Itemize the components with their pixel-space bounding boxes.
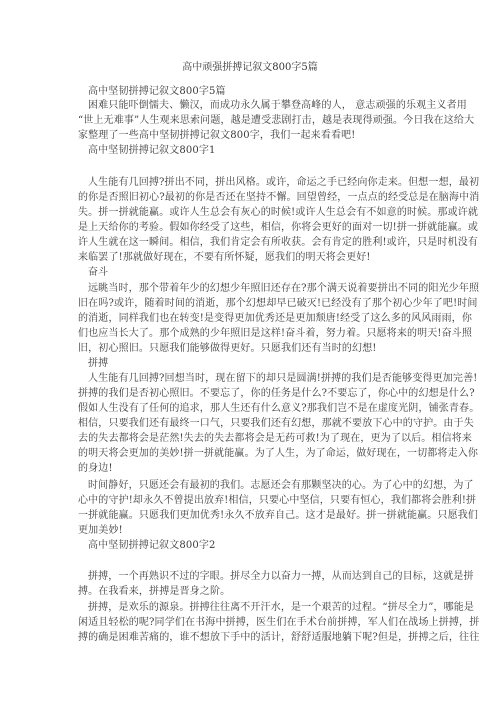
text-line: 心中的守护!却永久不曾提出放弃!相信，只要心中坚信，只要有恒心，我们都将会胜利!… xyxy=(78,494,428,508)
text-line: 搏的确是困难苦痛的，谁不想放下手中的活计，舒舒适服地躺下呢?但是，拼搏之后，往往 xyxy=(78,631,428,645)
text-line: 的你是否照旧初心?最初的你是否还在坚持不懈。回望曾经，一点点的经受总是在脑海中消 xyxy=(78,191,428,205)
text-line: 是上天给你的考验。假如你经受了这些，相信，你将会更好的面对一切!拼一拼就能赢。或 xyxy=(78,221,428,235)
text-line: 们也应当长大了。那个成熟的少年照旧是这样!奋斗着，努力着。只愿将来的明天!奋斗照 xyxy=(78,327,428,341)
text-line: 的明天将会更加的美妙!拼一拼就能赢。为了人生，为了命运，做好现在，一切都将走入你 xyxy=(78,447,428,461)
text-line: 拼搏，是欢乐的源泉。拼搏往往离不开汗水，是一个艰苦的过程。“拼尽全力”，哪能是 xyxy=(88,601,428,615)
text-line: 时间静好，只愿还会有最初的我们。志愿还会有那颗坚决的心。为了心中的幻想，为了 xyxy=(88,479,428,493)
text-line: 来临罢了!那就做好现在，不要有所怀疑，愿我们的明天将会更好! xyxy=(78,251,428,265)
text-line: 拼搏，一个再熟识不过的字眼。拼尽全力以奋力一搏，从而达到自己的目标，这就是拼 xyxy=(88,570,428,584)
document-page: 高中顽强拼搏记叙文800字5篇 高中坚韧拼搏记叙文800字5篇困难只能吓倒懦夫、… xyxy=(0,0,500,707)
text-line: 旧，初心照旧。只愿我们能够做得更好。只愿我们还有当时的幻想! xyxy=(78,342,428,356)
text-line: 人生能有几回搏?拼出不同，拼出风格。或许，命运之手已经向你走来。但想一想，最初 xyxy=(88,176,428,190)
text-line: 拼搏 xyxy=(88,357,438,371)
text-line: 拼搏的我们是否初心照旧。不要忘了，你的任务是什么?不要忘了，你心中的幻想是什么? xyxy=(78,387,428,401)
text-line: 高中坚韧拼搏记叙文800字1 xyxy=(88,144,438,158)
text-line: 一拼就能赢。只愿我们更加优秀!永久不放弃自己。这才是最好。拼一拼就能赢。只愿我们 xyxy=(78,509,428,523)
text-line: “世上无难事”人生观来思索问题，越是遭受悲剧打击，越是表现得顽强。今日我在这给大 xyxy=(78,114,428,128)
text-line: 家整理了一些高中坚韧拼搏记叙文800字，我们一起来看看吧! xyxy=(78,129,428,143)
text-line: 相信，只要我们还有最终一口气，只要我们还有幻想，那就不要放下心中的守护。由于失 xyxy=(78,417,428,431)
text-line: 远眺当时，那个带着年少的幻想少年照旧还存在?那个满天说着要拼出不同的阳光少年照 xyxy=(88,282,428,296)
text-line: 高中坚韧拼搏记叙文800字2 xyxy=(88,539,438,553)
text-line: 搏。在我看来，拼搏是晋身之阶。 xyxy=(78,585,428,599)
text-line: 失。拼一拼就能赢。或许人生总会有灰心的时候!或许人生总会有不如意的时候。那或许就 xyxy=(78,206,428,220)
text-line: 的消逝，同样我们也在转变!是变得更加优秀还是更加颓唐!经受了这么多的风风雨雨，你 xyxy=(78,312,428,326)
text-line: 高中坚韧拼搏记叙文800字5篇 xyxy=(88,85,438,99)
document-title: 高中顽强拼搏记叙文800字5篇 xyxy=(0,61,500,75)
text-line: 困难只能吓倒懦夫、懒汉，而成功永久属于攀登高峰的人， 意志顽强的乐观主义者用 xyxy=(88,99,428,113)
text-line: 更加美妙! xyxy=(78,524,428,538)
text-line: 旧在吗?或许，随着时间的消逝，那个幻想却早已破灭!已经没有了那个初心少年了吧!时… xyxy=(78,297,428,311)
text-line: 许人生就在这一瞬间。相信，我们肯定会有所收获。会有肯定的胜利!或许，只是时机没有 xyxy=(78,236,428,250)
text-line: 闲适且轻松的呢?同学们在书海中拼搏，医生们在手术台前拼搏，军人们在战场上拼搏，拼 xyxy=(78,616,428,630)
text-line: 去的失去都将会是茫然!失去的失去都将会是无药可救!为了现在，更为了以后。相信将来 xyxy=(78,432,428,446)
text-line: 的身边! xyxy=(78,462,428,476)
text-line: 奋斗 xyxy=(88,266,438,280)
text-line: 假如人生没有了任何的追求，那人生还有什么意义?那我们岂不是在虚度光阴，铺张青春。 xyxy=(78,402,428,416)
text-line: 人生能有几回搏?回想当时，现在留下的却只是圆满!拼搏的我们是否能够变得更加完善! xyxy=(88,372,428,386)
